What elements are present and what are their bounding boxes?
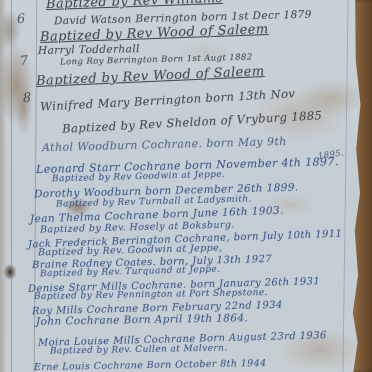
page-left-edge xyxy=(0,0,7,372)
margin-number: 8 xyxy=(22,91,31,107)
margin-number: 6 xyxy=(16,12,25,28)
margin-number: 7 xyxy=(19,54,29,70)
register-page-photo: 6 7 8 Baptized by Rev Williams David Wat… xyxy=(0,0,372,372)
margin-rule-line xyxy=(11,0,12,372)
